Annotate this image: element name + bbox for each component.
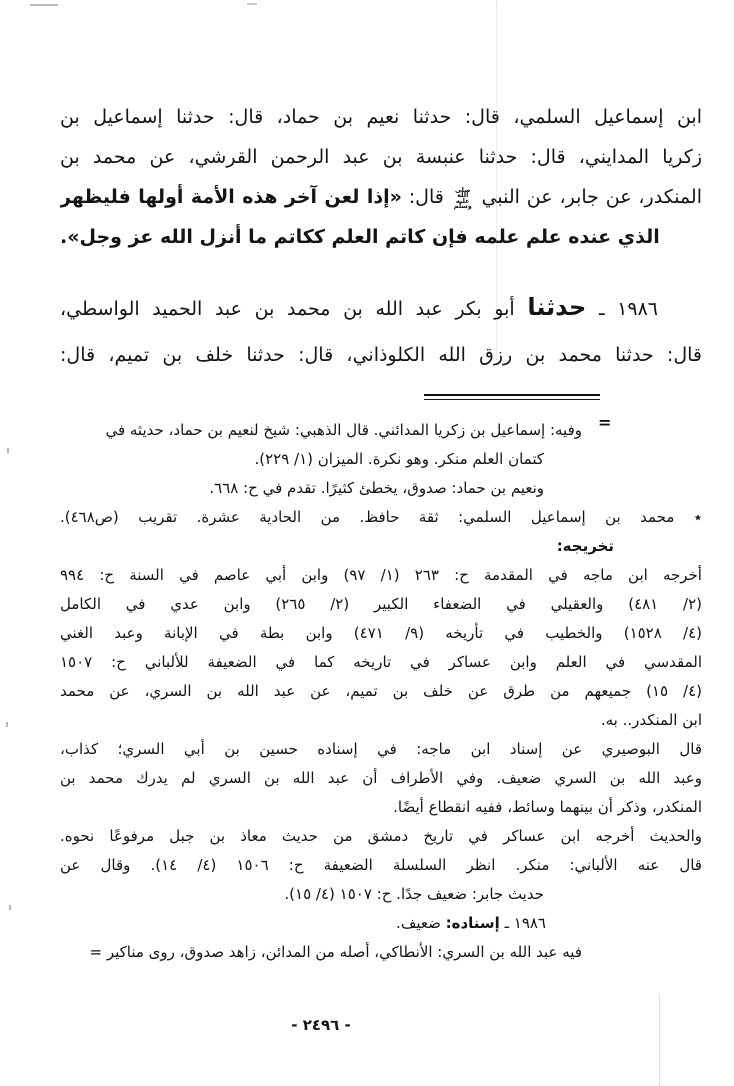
text-run: ضعيف. — [396, 914, 446, 932]
text-run: حدثنا — [527, 293, 586, 321]
text-run: تخريجه: — [557, 537, 614, 555]
scan-artifact-dash — [30, 4, 58, 6]
page-number: - ٢٤٩٦ - — [266, 1016, 376, 1034]
prophet-honorific-icon: صلى الله عليه وسلم — [451, 188, 475, 210]
text-run: أبو بكر عبد الله بن محمد بن عبد الحميد ا… — [60, 298, 527, 320]
text-line: زكريا المدايني، قال: حدثنا عنبسة بن عبد … — [60, 137, 702, 177]
text-line: (٤/ ١٥٢٨) والخطيب في تأريخه (٩/ ٤٧١) واب… — [60, 619, 702, 648]
text-run: ابن إسماعيل السلمي، قال: حدثنا نعيم بن ح… — [60, 106, 702, 128]
text-line: والحديث أخرجه ابن عساكر في تاريخ دمشق من… — [60, 822, 702, 851]
text-run: ١٩٨٦ ـ — [586, 298, 658, 320]
text-run: (٢/ ٤٨١) والعقيلي في الضعفاء الكبير (٢/ … — [60, 595, 702, 613]
text-run: الذي عنده علم علمه فإن كاتم العلم ككاتم … — [60, 226, 660, 248]
text-line: أخرجه ابن ماجه في المقدمة ح: ٢٦٣ (١/ ٩٧)… — [60, 561, 702, 590]
text-run: والحديث أخرجه ابن عساكر في تاريخ دمشق من… — [60, 827, 702, 845]
text-line: (٤/ ١٥) جميعهم من طرق عن خلف بن تميم، عن… — [60, 677, 702, 706]
text-line: المنكدر، عن جابر، عن النبي صلى الله عليه… — [60, 177, 702, 217]
footnote-separator — [424, 394, 600, 400]
footnotes-block: وفيه: إسماعيل بن زكريا المدائني. قال الذ… — [60, 416, 702, 967]
scan-artifact-speck — [9, 905, 11, 910]
text-run: (٤/ ١٥) جميعهم من طرق عن خلف بن تميم، عن… — [60, 682, 702, 700]
text-line: قال: حدثنا محمد بن رزق الله الكلوذاني، ق… — [60, 331, 702, 379]
text-run: ٭ محمد بن إسماعيل السلمي: ثقة حافظ. من ا… — [60, 508, 702, 526]
text-run: زكريا المدايني، قال: حدثنا عنبسة بن عبد … — [60, 146, 702, 168]
text-run: ابن المنكدر.. به. — [601, 711, 702, 729]
text-line: حديث جابر: ضعيف جدًا. ح: ١٥٠٧ (٤/ ١٥). — [60, 880, 544, 909]
text-line: الذي عنده علم علمه فإن كاتم العلم ككاتم … — [60, 217, 702, 257]
text-run: المقدسي في العلم وابن عساكر في تاريخه كم… — [60, 653, 702, 671]
text-run: فيه عبد الله بن السري: الأنطاكي، أصله من… — [89, 943, 582, 961]
text-run: المنكدر، عن جابر، عن النبي — [475, 186, 702, 208]
scan-artifact-speck — [7, 448, 9, 453]
text-line: تخريجه: — [60, 532, 614, 561]
text-line: ونعيم بن حماد: صدوق، يخطئ كثيرًا. تقدم ف… — [60, 474, 544, 503]
scan-artifact-dash — [247, 3, 257, 5]
text-run: أخرجه ابن ماجه في المقدمة ح: ٢٦٣ (١/ ٩٧)… — [60, 566, 702, 584]
text-run: قال: — [402, 186, 451, 208]
text-line: قال عنه الألباني: منكر. انظر السلسلة الض… — [60, 851, 702, 880]
book-page: ابن إسماعيل السلمي، قال: حدثنا نعيم بن ح… — [0, 0, 734, 1086]
text-run: وعبد الله بن السري ضعيف. وفي الأطراف أن … — [60, 769, 702, 787]
text-line: (٢/ ٤٨١) والعقيلي في الضعفاء الكبير (٢/ … — [60, 590, 702, 619]
text-line: وعبد الله بن السري ضعيف. وفي الأطراف أن … — [60, 764, 702, 793]
separator-rule-bottom — [424, 399, 600, 400]
text-run: قال عنه الألباني: منكر. انظر السلسلة الض… — [60, 856, 702, 874]
text-run: (٤/ ١٥٢٨) والخطيب في تأريخه (٩/ ٤٧١) واب… — [60, 624, 702, 642]
separator-rule-top — [424, 394, 600, 396]
text-run: كتمان العلم منكر. وهو نكرة. الميزان (١/ … — [254, 450, 544, 468]
text-line: المقدسي في العلم وابن عساكر في تاريخه كم… — [60, 648, 702, 677]
text-run: حديث جابر: ضعيف جدًا. ح: ١٥٠٧ (٤/ ١٥). — [284, 885, 544, 903]
text-line: ابن المنكدر.. به. — [60, 706, 702, 735]
scan-artifact-speck — [6, 722, 8, 727]
hadith-main-text: ابن إسماعيل السلمي، قال: حدثنا نعيم بن ح… — [60, 97, 702, 379]
text-line: ابن إسماعيل السلمي، قال: حدثنا نعيم بن ح… — [60, 97, 702, 137]
text-line: ١٩٨٦ ـ حدثنا أبو بكر عبد الله بن محمد بن… — [60, 283, 658, 331]
scan-artifact-vertical-dots — [659, 995, 660, 1086]
text-run: ونعيم بن حماد: صدوق، يخطئ كثيرًا. تقدم ف… — [209, 479, 544, 497]
text-line: المنكدر، وذكر أن بينهما وسائط، ففيه انقط… — [60, 793, 702, 822]
text-line: قال البوصيري عن إسناد ابن ماجه: في إسناد… — [60, 735, 702, 764]
text-line: وفيه: إسماعيل بن زكريا المدائني. قال الذ… — [60, 416, 582, 445]
text-run: وفيه: إسماعيل بن زكريا المدائني. قال الذ… — [105, 421, 582, 439]
text-run: «إذا لعن آخر هذه الأمة أولها فليظهر — [60, 186, 402, 208]
text-run: المنكدر، وذكر أن بينهما وسائط، ففيه انقط… — [393, 798, 702, 816]
text-run: ١٩٨٦ ـ — [500, 914, 546, 932]
text-line: ٭ محمد بن إسماعيل السلمي: ثقة حافظ. من ا… — [60, 503, 702, 532]
text-run: إسناده: — [446, 914, 500, 932]
text-run: قال البوصيري عن إسناد ابن ماجه: في إسناد… — [60, 740, 702, 758]
text-run: قال: حدثنا محمد بن رزق الله الكلوذاني، ق… — [60, 344, 702, 366]
text-line: ١٩٨٦ ـ إسناده: ضعيف. — [60, 909, 546, 938]
text-line: فيه عبد الله بن السري: الأنطاكي، أصله من… — [60, 938, 582, 967]
text-line: كتمان العلم منكر. وهو نكرة. الميزان (١/ … — [60, 445, 544, 474]
